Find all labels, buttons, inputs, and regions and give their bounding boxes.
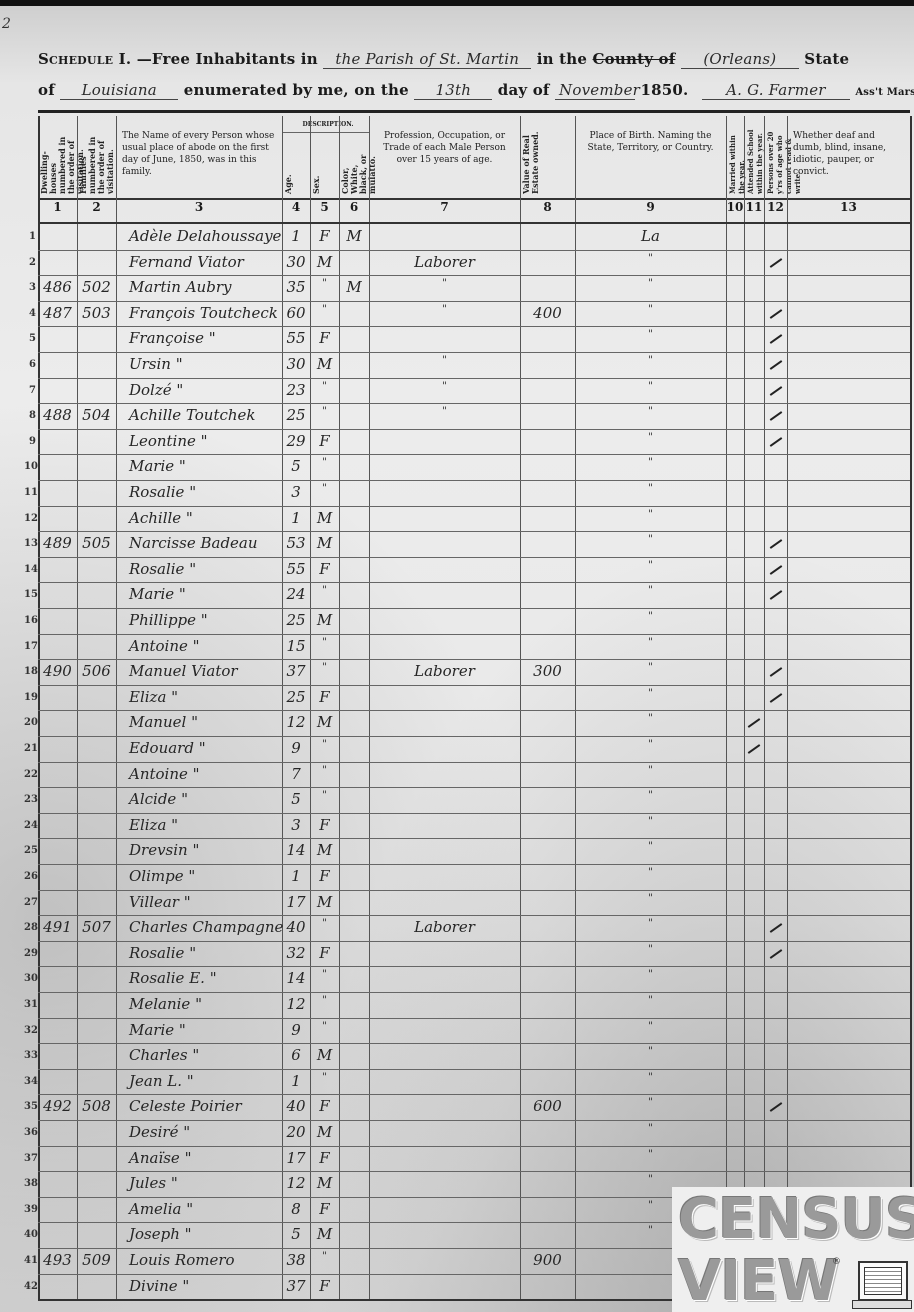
table-row: 8488504Achille Toutchek25""" [38, 403, 910, 429]
sex-cell: M [313, 1225, 336, 1243]
sex-cell: M [313, 509, 336, 527]
color-cell: M [342, 227, 366, 245]
column-number-3: 3 [116, 200, 282, 222]
illiterate-tick-mark [769, 667, 782, 677]
sex-cell: M [313, 1046, 336, 1064]
age-cell: 12 [285, 1174, 307, 1192]
name-cell: Melanie " [119, 995, 289, 1013]
line-number: 11 [24, 487, 36, 498]
birthplace-cell: " [578, 457, 723, 468]
name-cell: François Toutcheck [119, 304, 289, 322]
school-tick-mark [748, 744, 761, 754]
name-cell: Ursin " [119, 355, 289, 373]
age-cell: 20 [285, 1123, 307, 1141]
illiterate-tick-mark [769, 1103, 782, 1113]
name-cell: Françoise " [119, 329, 289, 347]
age-cell: 5 [285, 1225, 307, 1243]
name-cell: Marie " [119, 585, 289, 603]
birthplace-cell: " [578, 355, 723, 366]
sex-cell: " [313, 1251, 336, 1262]
birthplace-cell: " [578, 329, 723, 340]
sex-cell: " [313, 1072, 336, 1083]
name-cell: Rosalie " [119, 560, 289, 578]
real-estate-cell: 600 [523, 1097, 572, 1115]
schedule-label: Schedule I. [38, 50, 131, 68]
name-cell: Manuel " [119, 713, 289, 731]
enumerated-label: enumerated by me, on the [184, 81, 409, 99]
table-row: 10Marie "5"" [38, 454, 910, 480]
family-cell: 502 [80, 278, 113, 296]
column-header-6: Color, White, black, or mulatto. [341, 136, 367, 194]
age-cell: 53 [285, 534, 307, 552]
age-cell: 55 [285, 560, 307, 578]
name-cell: Marie " [119, 457, 289, 475]
birthplace-cell: " [578, 1174, 723, 1185]
column-header-5: Sex. [312, 136, 337, 194]
census-view-watermark: CENSUS VIEW ® [672, 1187, 914, 1312]
table-row: 36Desiré "20M" [38, 1120, 910, 1146]
birthplace-cell: " [578, 739, 723, 750]
name-cell: Charles Champagne [119, 918, 289, 936]
birthplace-cell: " [578, 662, 723, 673]
sex-cell: M [313, 841, 336, 859]
sex-cell: M [313, 355, 336, 373]
age-cell: 25 [285, 406, 307, 424]
birthplace-cell: " [578, 304, 723, 315]
dwelling-cell: 489 [41, 534, 74, 552]
illiterate-tick-mark [769, 923, 782, 933]
keyboard-icon [852, 1300, 912, 1309]
birthplace-cell: " [578, 611, 723, 622]
table-row: 16Phillippe "25M" [38, 608, 910, 634]
name-cell: Edouard " [119, 739, 289, 757]
line-number: 1 [24, 231, 36, 242]
age-cell: 3 [285, 816, 307, 834]
birthplace-cell: " [578, 1097, 723, 1108]
birthplace-cell: " [578, 995, 723, 1006]
birthplace-cell: " [578, 509, 723, 520]
sex-cell: F [313, 560, 336, 578]
column-header-12: Persons over 20 y'rs of age who cannot r… [766, 122, 785, 194]
illiterate-tick-mark [769, 411, 782, 421]
county-handwritten: (Orleans) [681, 50, 799, 69]
table-row: 19Eliza "25F" [38, 685, 910, 711]
dwelling-cell: 488 [41, 406, 74, 424]
birthplace-cell: " [578, 1123, 723, 1134]
line-number: 12 [24, 513, 36, 524]
birthplace-cell: " [578, 841, 723, 852]
line-number: 3 [24, 282, 36, 293]
name-cell: Antoine " [119, 765, 289, 783]
sex-cell: " [313, 918, 336, 929]
age-cell: 24 [285, 585, 307, 603]
sex-cell: " [313, 765, 336, 776]
name-cell: Achille Toutchek [119, 406, 289, 424]
line-number: 15 [24, 589, 36, 600]
sex-cell: F [313, 816, 336, 834]
age-cell: 1 [285, 867, 307, 885]
line-number: 39 [24, 1204, 36, 1215]
day-of-label: day of [498, 81, 550, 99]
column-header-13: Whether deaf and dumb, blind, insane, id… [793, 130, 904, 178]
birthplace-cell: " [578, 381, 723, 392]
sex-cell: " [313, 483, 336, 494]
age-cell: 37 [285, 662, 307, 680]
name-cell: Charles " [119, 1046, 289, 1064]
birthplace-cell: " [578, 1149, 723, 1160]
table-row: 1Adèle Delahoussaye1FMLa [38, 224, 910, 250]
description-group-label: DESCRIPTION. [288, 119, 368, 131]
table-row: 24Eliza "3F" [38, 813, 910, 839]
family-cell: 507 [80, 918, 113, 936]
occupation-cell: " [372, 381, 517, 392]
table-row: 31Melanie "12"" [38, 992, 910, 1018]
age-cell: 40 [285, 918, 307, 936]
table-row: 18490506Manuel Viator37"Laborer300" [38, 659, 910, 685]
birthplace-cell: " [578, 918, 723, 929]
table-row: 34Jean L. "1"" [38, 1069, 910, 1095]
color-cell: M [342, 278, 366, 296]
age-cell: 12 [285, 995, 307, 1013]
sex-cell: F [313, 1149, 336, 1167]
sex-cell: " [313, 995, 336, 1006]
occupation-cell: " [372, 355, 517, 366]
dwelling-cell: 491 [41, 918, 74, 936]
name-cell: Fernand Viator [119, 253, 289, 271]
line-number: 22 [24, 769, 36, 780]
column-number-1: 1 [38, 200, 77, 222]
family-cell: 505 [80, 534, 113, 552]
name-cell: Rosalie E. " [119, 969, 289, 987]
dwelling-cell: 492 [41, 1097, 74, 1115]
family-cell: 508 [80, 1097, 113, 1115]
in-the-label: in the [537, 50, 587, 68]
line-number: 32 [24, 1025, 36, 1036]
line-number: 21 [24, 743, 36, 754]
column-number-12: 12 [764, 200, 787, 222]
age-cell: 15 [285, 637, 307, 655]
age-cell: 23 [285, 381, 307, 399]
illiterate-tick-mark [769, 949, 782, 959]
birthplace-cell: " [578, 969, 723, 980]
dwelling-cell: 490 [41, 662, 74, 680]
month-handwritten: November [555, 81, 635, 100]
line-number: 10 [24, 461, 36, 472]
sex-cell: M [313, 611, 336, 629]
birthplace-cell: " [578, 1021, 723, 1032]
line-number: 24 [24, 820, 36, 831]
column-number-7: 7 [369, 200, 520, 222]
sex-cell: M [313, 534, 336, 552]
sex-cell: M [313, 713, 336, 731]
birthplace-cell: " [578, 585, 723, 596]
sex-cell: " [313, 278, 336, 289]
age-cell: 8 [285, 1200, 307, 1218]
line-number: 33 [24, 1050, 36, 1061]
name-cell: Dolzé " [119, 381, 289, 399]
age-cell: 1 [285, 227, 307, 245]
column-header-7: Profession, Occupation, or Trade of each… [375, 130, 514, 166]
sex-cell: " [313, 381, 336, 392]
name-cell: Phillippe " [119, 611, 289, 629]
birthplace-cell: " [578, 560, 723, 571]
of-label: of [38, 81, 55, 99]
illiterate-tick-mark [769, 309, 782, 319]
illiterate-tick-mark [769, 591, 782, 601]
column-number-2: 2 [77, 200, 116, 222]
line-number: 17 [24, 641, 36, 652]
column-header-10: Married within the year. [728, 122, 742, 194]
table-row: 29Rosalie "32F" [38, 941, 910, 967]
birthplace-cell: " [578, 1072, 723, 1083]
table-row: 21Edouard "9"" [38, 736, 910, 762]
table-row: 6Ursin "30M"" [38, 352, 910, 378]
birthplace-cell: " [578, 944, 723, 955]
registered-mark: ® [832, 1257, 841, 1267]
age-cell: 17 [285, 893, 307, 911]
sex-cell: F [313, 329, 336, 347]
dwelling-cell: 487 [41, 304, 74, 322]
column-number-8: 8 [520, 200, 575, 222]
line-number: 9 [24, 436, 36, 447]
occupation-cell: Laborer [372, 918, 517, 936]
table-row: 15Marie "24"" [38, 582, 910, 608]
family-cell: 506 [80, 662, 113, 680]
name-cell: Amelia " [119, 1200, 289, 1218]
birthplace-cell: La [578, 227, 723, 245]
illiterate-tick-mark [769, 386, 782, 396]
occupation-cell: Laborer [372, 662, 517, 680]
name-cell: Leontine " [119, 432, 289, 450]
age-cell: 14 [285, 969, 307, 987]
age-cell: 25 [285, 688, 307, 706]
birthplace-cell: " [578, 713, 723, 724]
illiterate-tick-mark [769, 693, 782, 703]
name-cell: Rosalie " [119, 483, 289, 501]
family-cell: 503 [80, 304, 113, 322]
real-estate-cell: 300 [523, 662, 572, 680]
table-row: 33Charles "6M" [38, 1043, 910, 1069]
day-handwritten: 13th [414, 81, 492, 100]
sex-cell: F [313, 867, 336, 885]
column-header-2: Families numbered in the order of visita… [79, 122, 114, 194]
watermark-line-1: CENSUS [678, 1187, 914, 1252]
table-row: 9Leontine "29F" [38, 429, 910, 455]
table-row: 27Villear "17M" [38, 890, 910, 916]
line-number: 19 [24, 692, 36, 703]
line-number: 34 [24, 1076, 36, 1087]
illiterate-tick-mark [769, 437, 782, 447]
table-row: 37Anaïse "17F" [38, 1146, 910, 1172]
table-row: 4487503François Toutcheck60""400" [38, 301, 910, 327]
column-header-11: Attended School within the year. [746, 122, 762, 194]
name-cell: Jean L. " [119, 1072, 289, 1090]
sex-cell: " [313, 637, 336, 648]
age-cell: 6 [285, 1046, 307, 1064]
line-number: 36 [24, 1127, 36, 1138]
name-cell: Rosalie " [119, 944, 289, 962]
state-handwritten: Louisiana [60, 81, 178, 100]
birthplace-cell: " [578, 534, 723, 545]
name-cell: Jules " [119, 1174, 289, 1192]
table-row: 7Dolzé "23""" [38, 378, 910, 404]
age-cell: 32 [285, 944, 307, 962]
table-row: 17Antoine "15"" [38, 634, 910, 660]
school-tick-mark [748, 719, 761, 729]
name-cell: Adèle Delahoussaye [119, 227, 289, 245]
sex-cell: " [313, 969, 336, 980]
sex-cell: M [313, 1174, 336, 1192]
age-cell: 35 [285, 278, 307, 296]
illiterate-tick-mark [769, 360, 782, 370]
illiterate-tick-mark [769, 258, 782, 268]
line-number: 5 [24, 333, 36, 344]
name-cell: Celeste Poirier [119, 1097, 289, 1115]
line-number: 35 [24, 1101, 36, 1112]
name-cell: Eliza " [119, 816, 289, 834]
name-cell: Louis Romero [119, 1251, 289, 1269]
family-cell: 504 [80, 406, 113, 424]
table-row: 23Alcide "5"" [38, 787, 910, 813]
marshal-label: Ass't Marshal. [855, 87, 914, 98]
table-row: 2Fernand Viator30MLaborer" [38, 250, 910, 276]
column-number-9: 9 [575, 200, 726, 222]
name-cell: Eliza " [119, 688, 289, 706]
county-label: County of [593, 50, 676, 68]
name-cell: Narcisse Badeau [119, 534, 289, 552]
line-number: 25 [24, 845, 36, 856]
line-number: 41 [24, 1255, 36, 1266]
age-cell: 9 [285, 1021, 307, 1039]
age-cell: 30 [285, 355, 307, 373]
table-row: 13489505Narcisse Badeau53M" [38, 531, 910, 557]
line-number: 7 [24, 385, 36, 396]
table-row: 28491507Charles Champagne40"Laborer" [38, 915, 910, 941]
column-header-3: The Name of every Person whose usual pla… [122, 130, 276, 178]
column-divider [910, 116, 912, 1299]
sex-cell: " [313, 457, 336, 468]
table-row: 3486502Martin Aubry35"M"" [38, 275, 910, 301]
age-cell: 30 [285, 253, 307, 271]
age-cell: 5 [285, 457, 307, 475]
birthplace-cell: " [578, 688, 723, 699]
line-number: 18 [24, 666, 36, 677]
sex-cell: F [313, 1097, 336, 1115]
age-cell: 40 [285, 1097, 307, 1115]
table-row: 20Manuel "12M" [38, 710, 910, 736]
column-header-4: Age. [284, 136, 308, 194]
table-row: 14Rosalie "55F" [38, 557, 910, 583]
illiterate-tick-mark [769, 565, 782, 575]
line-number: 14 [24, 564, 36, 575]
line-number: 4 [24, 308, 36, 319]
line-number: 37 [24, 1153, 36, 1164]
age-cell: 60 [285, 304, 307, 322]
occupation-cell: " [372, 304, 517, 315]
age-cell: 37 [285, 1277, 307, 1295]
birthplace-cell: " [578, 765, 723, 776]
birthplace-cell: " [578, 1046, 723, 1057]
age-cell: 38 [285, 1251, 307, 1269]
name-cell: Marie " [119, 1021, 289, 1039]
table-row: 12Achille "1M" [38, 506, 910, 532]
occupation-cell: " [372, 278, 517, 289]
line-number: 40 [24, 1229, 36, 1240]
sex-cell: M [313, 893, 336, 911]
sex-cell: " [313, 1021, 336, 1032]
line-number: 23 [24, 794, 36, 805]
name-cell: Drevsin " [119, 841, 289, 859]
sex-cell: F [313, 432, 336, 450]
line-number: 2 [24, 257, 36, 268]
line-number: 30 [24, 973, 36, 984]
line-number: 6 [24, 359, 36, 370]
sex-cell: " [313, 790, 336, 801]
dwelling-cell: 493 [41, 1251, 74, 1269]
line-number: 13 [24, 538, 36, 549]
table-row: 22Antoine "7"" [38, 762, 910, 788]
birthplace-cell: " [578, 253, 723, 264]
illiterate-tick-mark [769, 335, 782, 345]
line-number: 26 [24, 871, 36, 882]
line-number: 42 [24, 1281, 36, 1292]
birthplace-cell: " [578, 406, 723, 417]
family-cell: 509 [80, 1251, 113, 1269]
column-number-13: 13 [787, 200, 910, 222]
sex-cell: F [313, 1200, 336, 1218]
sex-cell: F [313, 944, 336, 962]
sex-cell: " [313, 406, 336, 417]
name-cell: Alcide " [119, 790, 289, 808]
sex-cell: M [313, 253, 336, 271]
age-cell: 14 [285, 841, 307, 859]
name-cell: Divine " [119, 1277, 289, 1295]
age-cell: 12 [285, 713, 307, 731]
sex-cell: F [313, 688, 336, 706]
birthplace-cell: " [578, 867, 723, 878]
birthplace-cell: " [578, 816, 723, 827]
birthplace-cell: " [578, 432, 723, 443]
line-number: 29 [24, 948, 36, 959]
age-cell: 25 [285, 611, 307, 629]
watermark-line-2: VIEW [678, 1249, 838, 1312]
real-estate-cell: 400 [523, 304, 572, 322]
schedule-title-line-1: Schedule I. —Free Inhabitants in the Par… [38, 50, 849, 69]
name-cell: Olimpe " [119, 867, 289, 885]
state-label: State [804, 50, 849, 68]
age-cell: 5 [285, 790, 307, 808]
birthplace-cell: " [578, 790, 723, 801]
age-cell: 55 [285, 329, 307, 347]
age-cell: 17 [285, 1149, 307, 1167]
name-cell: Joseph " [119, 1225, 289, 1243]
name-cell: Manuel Viator [119, 662, 289, 680]
age-cell: 9 [285, 739, 307, 757]
table-row: 25Drevsin "14M" [38, 838, 910, 864]
sex-cell: " [313, 304, 336, 315]
title-prefix: —Free Inhabitants in [137, 50, 318, 68]
illiterate-tick-mark [769, 539, 782, 549]
name-cell: Martin Aubry [119, 278, 289, 296]
line-number: 31 [24, 999, 36, 1010]
table-row: 5Françoise "55F" [38, 326, 910, 352]
age-cell: 3 [285, 483, 307, 501]
header-rule [38, 110, 910, 113]
sex-cell: " [313, 662, 336, 673]
column-number-11: 11 [744, 200, 764, 222]
schedule-title-line-2: of Louisiana enumerated by me, on the 13… [38, 81, 914, 100]
column-number-4: 4 [282, 200, 310, 222]
